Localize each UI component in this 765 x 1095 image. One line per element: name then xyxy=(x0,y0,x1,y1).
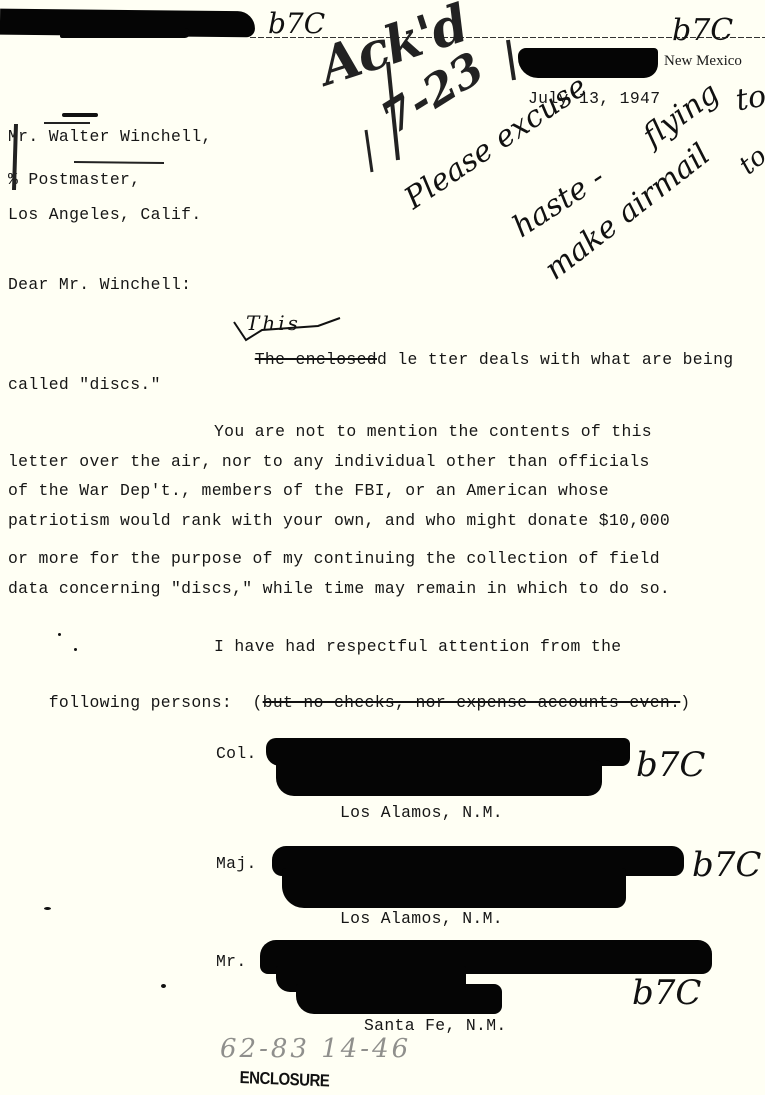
b7c-mark-person-1: b7C xyxy=(636,748,705,782)
letterhead-location: New Mexico xyxy=(664,53,742,70)
person-1-title: Col. xyxy=(216,746,257,762)
letter-page: b7C Ack'd 7-23 b7C New Mexico July 13, 1… xyxy=(0,0,765,1095)
struck-text-no-checks: but no checks, nor expense accounts even… xyxy=(263,693,681,712)
file-number: 62-83 14-46 xyxy=(220,1034,411,1064)
paragraph-1-line-1: The enclosedd le tter deals with what ar… xyxy=(214,336,734,385)
paragraph-3-line-1: I have had respectful attention from the xyxy=(214,639,621,655)
salutation: Dear Mr. Winchell: xyxy=(8,277,191,293)
stray-mark xyxy=(58,633,61,636)
addressee-line-3: Los Angeles, Calif. xyxy=(8,207,202,223)
person-2-title: Maj. xyxy=(216,856,257,872)
handwriting-strokes xyxy=(0,0,765,1095)
b7c-mark-person-3: b7C xyxy=(632,976,701,1010)
redaction-person-3-line-3 xyxy=(296,984,502,1014)
redaction-top-left-tail xyxy=(60,28,190,38)
paragraph-2-line-3: of the War Dep't., members of the FBI, o… xyxy=(8,483,609,499)
enclosure-stamp: ENCLOSURE xyxy=(239,1068,329,1091)
inserted-word: This xyxy=(246,313,301,333)
redaction-person-1-line-2 xyxy=(276,760,602,796)
person-2-location: Los Alamos, N.M. xyxy=(340,911,503,927)
paragraph-2-line-4: patriotism would rank with your own, and… xyxy=(8,513,670,529)
b7c-mark-top-right: b7C xyxy=(672,16,733,46)
margin-note-cut-top: to xyxy=(734,82,765,117)
paragraph-2-line-1: You are not to mention the contents of t… xyxy=(214,424,652,440)
struck-text-enclosed: The enclosed xyxy=(255,350,377,369)
paragraph-1-line-2: called "discs." xyxy=(8,377,161,393)
margin-note-cut-right: to xyxy=(735,143,765,180)
redaction-person-2-line-2 xyxy=(282,868,626,908)
paragraph-2-line-6: data concerning "discs," while time may … xyxy=(8,581,670,597)
stray-mark xyxy=(44,907,51,910)
paragraph-3-line-2: following persons: (but no checks, nor e… xyxy=(8,679,690,728)
person-3-location: Santa Fe, N.M. xyxy=(364,1018,507,1034)
paragraph-2-line-5: or more for the purpose of my continuing… xyxy=(8,551,660,567)
stray-mark xyxy=(74,648,77,651)
redaction-letterhead xyxy=(518,48,658,78)
paragraph-2-line-2: letter over the air, nor to any individu… xyxy=(8,454,650,470)
paragraph-1-line-1-rest: d le tter deals with what are being xyxy=(377,350,734,369)
b7c-mark-person-2: b7C xyxy=(692,848,761,882)
addressee-line-2: % Postmaster, xyxy=(8,172,140,188)
paragraph-3-suffix: ) xyxy=(680,693,690,712)
addressee-line-1: Mr. Walter Winchell, xyxy=(8,129,212,145)
paragraph-3-prefix: following persons: ( xyxy=(49,693,263,712)
stray-mark xyxy=(62,113,98,117)
person-3-title: Mr. xyxy=(216,954,247,970)
person-1-location: Los Alamos, N.M. xyxy=(340,805,503,821)
b7c-mark-top-left: b7C xyxy=(268,10,325,38)
stray-mark xyxy=(161,984,166,988)
